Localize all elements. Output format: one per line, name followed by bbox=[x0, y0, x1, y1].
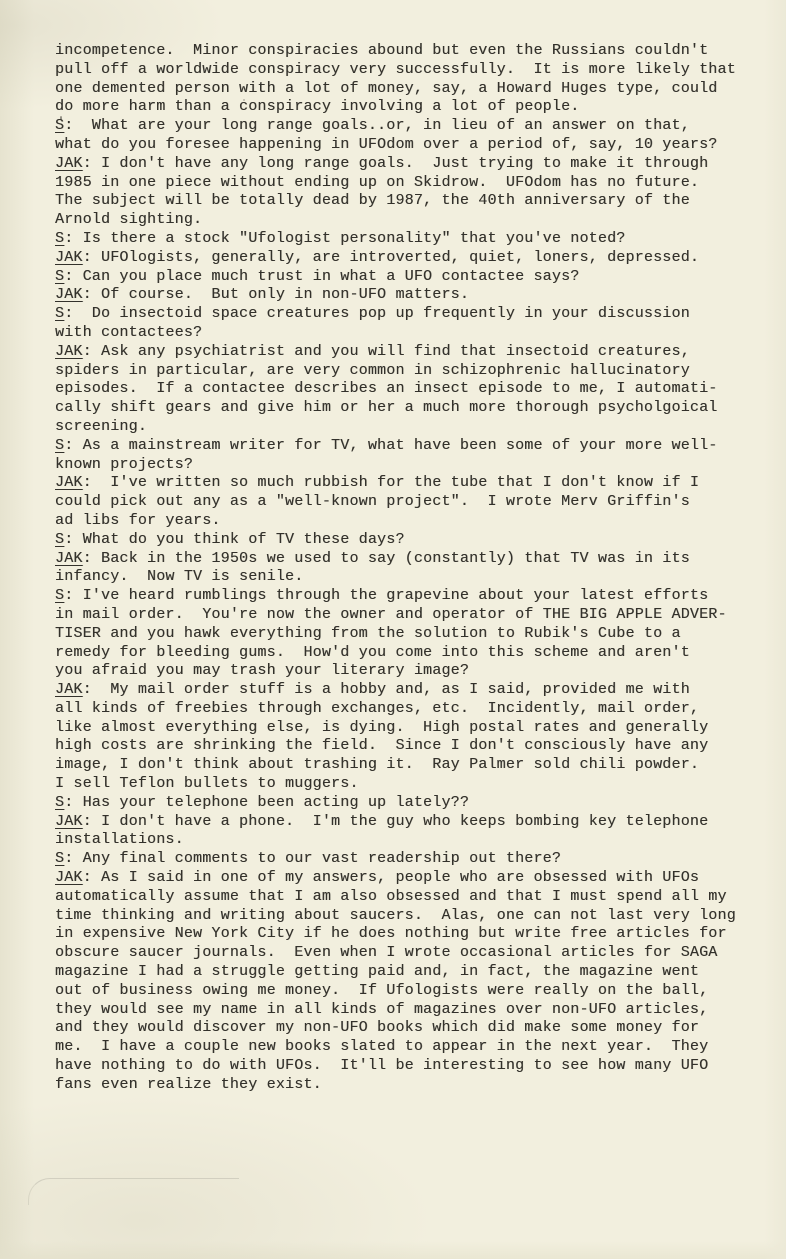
text-line: me. I have a couple new books slated to … bbox=[55, 1038, 736, 1057]
line-text: remedy for bleeding gums. How'd you come… bbox=[55, 644, 690, 661]
text-line: with contactees? bbox=[55, 324, 736, 343]
speaker-label: S bbox=[55, 850, 64, 867]
line-text: out of business owing me money. If Ufolo… bbox=[55, 982, 708, 999]
text-line: S: What are your long range goals..or, i… bbox=[55, 117, 736, 136]
text-line: and they would discover my non-UFO books… bbox=[55, 1019, 736, 1038]
line-text: automatically assume that I am also obse… bbox=[55, 888, 727, 905]
line-text: : UFOlogists, generally, are introverted… bbox=[83, 249, 700, 266]
line-text: : Is there a stock "Ufologist personalit… bbox=[64, 230, 625, 247]
text-line: S: What do you think of TV these days? bbox=[55, 531, 736, 550]
line-text: in mail order. You're now the owner and … bbox=[55, 606, 727, 623]
speaker-label: JAK bbox=[55, 813, 83, 830]
text-line: out of business owing me money. If Ufolo… bbox=[55, 982, 736, 1001]
line-text: : Do insectoid space creatures pop up fr… bbox=[64, 305, 690, 322]
speaker-label: JAK bbox=[55, 286, 83, 303]
line-text: : Can you place much trust in what a UFO… bbox=[64, 268, 579, 285]
text-line: 1985 in one piece without ending up on S… bbox=[55, 174, 736, 193]
line-text: obscure saucer journals. Even when I wro… bbox=[55, 944, 718, 961]
text-line: automatically assume that I am also obse… bbox=[55, 888, 736, 907]
line-text: installations. bbox=[55, 831, 184, 848]
line-text: have nothing to do with UFOs. It'll be i… bbox=[55, 1057, 708, 1074]
text-line: known projects? bbox=[55, 456, 736, 475]
line-text: me. I have a couple new books slated to … bbox=[55, 1038, 708, 1055]
line-text: what do you foresee happening in UFOdom … bbox=[55, 136, 718, 153]
line-text: ad libs for years. bbox=[55, 512, 221, 529]
line-text: 1985 in one piece without ending up on S… bbox=[55, 174, 699, 191]
speaker-label: JAK bbox=[55, 550, 83, 567]
text-line: S: Can you place much trust in what a UF… bbox=[55, 268, 736, 287]
line-text: : Any final comments to our vast readers… bbox=[64, 850, 561, 867]
line-text: spiders in particular, are very common i… bbox=[55, 362, 690, 379]
text-line: JAK: As I said in one of my answers, peo… bbox=[55, 869, 736, 888]
text-line: spiders in particular, are very common i… bbox=[55, 362, 736, 381]
line-text: cally shift gears and give him or her a … bbox=[55, 399, 718, 416]
line-text: you afraid you may trash your literary i… bbox=[55, 662, 469, 679]
text-line: JAK: Ask any psychiatrist and you will f… bbox=[55, 343, 736, 362]
speaker-label: JAK bbox=[55, 249, 83, 266]
line-text: : Back in the 1950s we used to say (cons… bbox=[83, 550, 690, 567]
text-line: JAK: I've written so much rubbish for th… bbox=[55, 474, 736, 493]
scan-speck bbox=[243, 99, 245, 101]
text-line: installations. bbox=[55, 831, 736, 850]
line-text: do more harm than a conspiracy involving… bbox=[55, 98, 579, 115]
text-line: time thinking and writing about saucers.… bbox=[55, 907, 736, 926]
text-line: JAK: My mail order stuff is a hobby and,… bbox=[55, 681, 736, 700]
line-text: could pick out any as a "well-known proj… bbox=[55, 493, 690, 510]
text-line: S: Is there a stock "Ufologist personali… bbox=[55, 230, 736, 249]
text-line: S: Do insectoid space creatures pop up f… bbox=[55, 305, 736, 324]
line-text: time thinking and writing about saucers.… bbox=[55, 907, 736, 924]
text-line: TISER and you hawk everything from the s… bbox=[55, 625, 736, 644]
line-text: : I've heard rumblings through the grape… bbox=[64, 587, 708, 604]
speaker-label: S bbox=[55, 437, 64, 454]
text-line: cally shift gears and give him or her a … bbox=[55, 399, 736, 418]
text-line: S: As a mainstream writer for TV, what h… bbox=[55, 437, 736, 456]
text-line: do more harm than a conspiracy involving… bbox=[55, 98, 736, 117]
line-text: TISER and you hawk everything from the s… bbox=[55, 625, 681, 642]
line-text: : Has your telephone been acting up late… bbox=[64, 794, 469, 811]
line-text: : I've written so much rubbish for the t… bbox=[83, 474, 700, 491]
text-line: I sell Teflon bullets to muggers. bbox=[55, 775, 736, 794]
speaker-label: S bbox=[55, 587, 64, 604]
text-line: what do you foresee happening in UFOdom … bbox=[55, 136, 736, 155]
text-line: like almost everything else, is dying. H… bbox=[55, 719, 736, 738]
text-line: incompetence. Minor conspiracies abound … bbox=[55, 42, 736, 61]
text-line: ad libs for years. bbox=[55, 512, 736, 531]
speaker-label: S bbox=[55, 305, 64, 322]
line-text: : Of course. But only in non-UFO matters… bbox=[83, 286, 469, 303]
line-text: : As I said in one of my answers, people… bbox=[83, 869, 700, 886]
line-text: : As a mainstream writer for TV, what ha… bbox=[64, 437, 717, 454]
text-line: JAK: Back in the 1950s we used to say (c… bbox=[55, 550, 736, 569]
text-line: S: Has your telephone been acting up lat… bbox=[55, 794, 736, 813]
document-page: incompetence. Minor conspiracies abound … bbox=[0, 0, 786, 1259]
text-line: JAK: I don't have a phone. I'm the guy w… bbox=[55, 813, 736, 832]
text-line: high costs are shrinking the field. Sinc… bbox=[55, 737, 736, 756]
line-text: : Ask any psychiatrist and you will find… bbox=[83, 343, 690, 360]
text-line: all kinds of freebies through exchanges,… bbox=[55, 700, 736, 719]
line-text: The subject will be totally dead by 1987… bbox=[55, 192, 690, 209]
text-line: JAK: I don't have any long range goals. … bbox=[55, 155, 736, 174]
line-text: image, I don't think about trashing it. … bbox=[55, 756, 699, 773]
line-text: : I don't have any long range goals. Jus… bbox=[83, 155, 709, 172]
line-text: one demented person with a lot of money,… bbox=[55, 80, 718, 97]
paper-crease bbox=[28, 1178, 239, 1205]
speaker-label: JAK bbox=[55, 869, 83, 886]
speaker-label: JAK bbox=[55, 155, 83, 172]
text-line: JAK: Of course. But only in non-UFO matt… bbox=[55, 286, 736, 305]
line-text: : I don't have a phone. I'm the guy who … bbox=[83, 813, 709, 830]
line-text: : What are your long range goals..or, in… bbox=[64, 117, 690, 134]
speaker-label: S bbox=[55, 268, 64, 285]
line-text: magazine I had a struggle getting paid a… bbox=[55, 963, 699, 980]
text-line: one demented person with a lot of money,… bbox=[55, 80, 736, 99]
text-line: in expensive New York City if he does no… bbox=[55, 925, 736, 944]
scan-speck bbox=[60, 116, 62, 120]
speaker-label: S bbox=[55, 531, 64, 548]
speaker-label: S bbox=[55, 794, 64, 811]
text-line: remedy for bleeding gums. How'd you come… bbox=[55, 644, 736, 663]
line-text: : My mail order stuff is a hobby and, as… bbox=[83, 681, 690, 698]
line-text: I sell Teflon bullets to muggers. bbox=[55, 775, 359, 792]
line-text: and they would discover my non-UFO books… bbox=[55, 1019, 699, 1036]
line-text: with contactees? bbox=[55, 324, 202, 341]
line-text: like almost everything else, is dying. H… bbox=[55, 719, 708, 736]
text-line: The subject will be totally dead by 1987… bbox=[55, 192, 736, 211]
text-line: fans even realize they exist. bbox=[55, 1076, 736, 1095]
text-line: you afraid you may trash your literary i… bbox=[55, 662, 736, 681]
text-line: screening. bbox=[55, 418, 736, 437]
text-line: obscure saucer journals. Even when I wro… bbox=[55, 944, 736, 963]
text-line: infancy. Now TV is senile. bbox=[55, 568, 736, 587]
line-text: screening. bbox=[55, 418, 147, 435]
line-text: high costs are shrinking the field. Sinc… bbox=[55, 737, 708, 754]
text-block: incompetence. Minor conspiracies abound … bbox=[55, 42, 736, 1095]
line-text: infancy. Now TV is senile. bbox=[55, 568, 303, 585]
text-line: they would see my name in all kinds of m… bbox=[55, 1001, 736, 1020]
line-text: : What do you think of TV these days? bbox=[64, 531, 404, 548]
line-text: in expensive New York City if he does no… bbox=[55, 925, 727, 942]
text-line: image, I don't think about trashing it. … bbox=[55, 756, 736, 775]
line-text: Arnold sighting. bbox=[55, 211, 202, 228]
text-line: S: I've heard rumblings through the grap… bbox=[55, 587, 736, 606]
text-line: pull off a worldwide conspiracy very suc… bbox=[55, 61, 736, 80]
line-text: incompetence. Minor conspiracies abound … bbox=[55, 42, 708, 59]
line-text: known projects? bbox=[55, 456, 193, 473]
line-text: pull off a worldwide conspiracy very suc… bbox=[55, 61, 736, 78]
text-line: have nothing to do with UFOs. It'll be i… bbox=[55, 1057, 736, 1076]
speaker-label: JAK bbox=[55, 343, 83, 360]
text-line: magazine I had a struggle getting paid a… bbox=[55, 963, 736, 982]
line-text: all kinds of freebies through exchanges,… bbox=[55, 700, 699, 717]
speaker-label: JAK bbox=[55, 681, 83, 698]
text-line: episodes. If a contactee describes an in… bbox=[55, 380, 736, 399]
speaker-label: JAK bbox=[55, 474, 83, 491]
text-line: in mail order. You're now the owner and … bbox=[55, 606, 736, 625]
speaker-label: S bbox=[55, 230, 64, 247]
text-line: S: Any final comments to our vast reader… bbox=[55, 850, 736, 869]
text-line: JAK: UFOlogists, generally, are introver… bbox=[55, 249, 736, 268]
line-text: fans even realize they exist. bbox=[55, 1076, 322, 1093]
text-line: Arnold sighting. bbox=[55, 211, 736, 230]
line-text: episodes. If a contactee describes an in… bbox=[55, 380, 718, 397]
line-text: they would see my name in all kinds of m… bbox=[55, 1001, 708, 1018]
text-line: could pick out any as a "well-known proj… bbox=[55, 493, 736, 512]
